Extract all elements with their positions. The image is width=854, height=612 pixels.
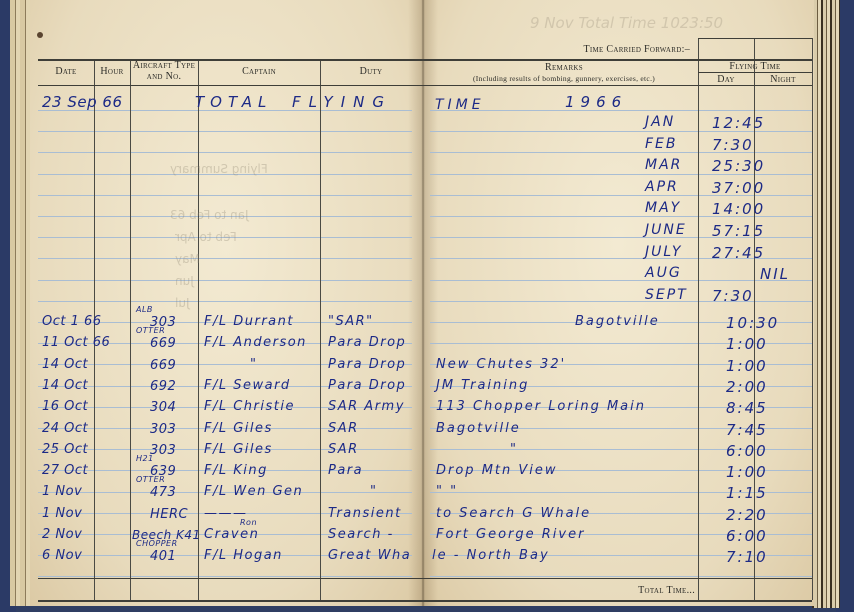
left-bottom-rule [38,578,422,579]
ghost-text: Flying Summary [170,162,268,176]
right-bottom-border [422,600,812,602]
entry-day-time: 6:00 [726,527,768,545]
entry-day-time: 7:10 [726,548,768,566]
month-label: MAR [645,157,682,173]
entry-captain: F/L Wen Gen [204,484,303,499]
summary-date: 23 Sep 66 [42,93,122,111]
page-edges-right [812,0,840,608]
month-label: JUNE [645,222,687,238]
entry-remarks: New Chutes 32' [436,357,566,372]
binding-hole [37,32,43,38]
right-bottom-rule [422,578,812,579]
entry-date: 6 Nov [42,548,82,563]
summary-time: TIME [435,97,485,113]
month-label: FEB [645,136,678,152]
entry-aircraft-type: OTTER [136,475,165,484]
entry-date: 27 Oct [42,463,88,478]
entry-captain: F/L Hogan [204,548,283,563]
entry-remarks: Bagotville [436,421,521,436]
entry-aircraft-number: 473 [150,485,176,500]
flying-time-header: Flying Time [698,61,812,72]
month-time: 7:30 [712,136,754,154]
month-label: JULY [645,244,682,260]
entry-duty: Para Drop [328,378,406,393]
total-time-label: Total Time... [560,585,695,596]
col-header-aircraft: Aircraft Type and No. [130,60,198,82]
header-top-border [38,59,422,61]
entry-duty: "SAR" [328,314,374,329]
month-time: 14:00 [712,200,765,218]
month-time: 12:45 [712,114,765,132]
logbook-spread: Date Hour Aircraft Type and No. Captain … [0,0,854,612]
entry-day-time: 8:45 [726,399,768,417]
entry-date: 1 Nov [42,484,82,499]
entry-captain: F/L Anderson [204,335,307,350]
month-time: 7:30 [712,287,754,305]
summary-flying: FLYING [292,93,392,111]
entry-day-time: 1:00 [726,463,768,481]
day-header: Day [698,74,754,85]
entry-aircraft-number: 692 [150,379,176,394]
night-header: Night [754,74,812,85]
entry-remarks: to Search G Whale [436,506,591,521]
month-label: MAY [645,200,681,216]
column-divider [198,59,199,600]
entry-aircraft-number: 304 [150,400,176,415]
entry-captain: F/L Durrant [204,314,294,329]
month-label: SEPT [645,287,688,303]
entry-date: 2 Nov [42,527,82,542]
entry-duty: Para Drop [328,335,406,350]
entry-aircraft-type: OTTER [136,326,165,335]
col-header-date: Date [38,66,94,77]
entry-aircraft-number: 669 [150,336,176,351]
month-label: APR [645,179,679,195]
entry-captain: Craven [204,527,259,542]
entry-remarks: le - North Bay [432,548,550,563]
entry-aircraft-type: CHOPPER [136,539,178,548]
entry-aircraft-number: 303 [150,443,176,458]
entry-duty: Para [328,463,363,478]
entry-captain: F/L Christie [204,399,295,414]
entry-captain: " [250,357,257,372]
entry-duty: Transient [328,506,402,521]
entry-duty: SAR [328,442,359,457]
month-time: 27:45 [712,244,765,262]
entry-remarks: 113 Chopper Loring Main [436,399,646,414]
remarks-header: Remarks [430,62,698,73]
month-time: 37:00 [712,179,765,197]
entry-day-time: 1:00 [726,357,768,375]
entry-aircraft-number: 401 [150,549,176,564]
carried-forward-box-top [698,38,812,39]
ghost-text: Jun [175,274,194,288]
entry-day-time: 6:00 [726,442,768,460]
entry-captain-note: Ron [240,518,257,527]
month-time: 57:15 [712,222,765,240]
entry-date: 25 Oct [42,442,88,457]
column-divider [320,59,321,600]
entry-duty: Great Wha [328,548,411,563]
entry-captain: F/L Seward [204,378,291,393]
entry-date: 24 Oct [42,421,88,436]
entry-date: 11 Oct 66 [42,335,110,350]
entry-remarks: " " [436,484,458,499]
entry-date: 16 Oct [42,399,88,414]
summary-year: 1966 [565,93,627,111]
entry-captain: F/L Giles [204,421,273,436]
entry-aircraft-number: HERC [150,507,188,522]
entry-captain: F/L King [204,463,268,478]
entry-date: Oct 1 66 [42,314,102,329]
entry-aircraft-type: H21 [136,454,154,463]
ghost-text: Feb to Apr [175,230,237,244]
book-gutter [408,0,438,606]
summary-total: TOTAL [195,93,272,111]
entry-remarks: Fort George River [436,527,585,542]
entry-aircraft-number: 669 [150,358,176,373]
entry-remarks: Drop Mtn View [436,463,558,478]
month-time: 25:30 [712,157,765,175]
column-divider [812,38,813,600]
entry-duty: " [370,484,377,499]
entry-day-time: 10:30 [726,314,779,332]
entry-duty: Para Drop [328,357,406,372]
month-time: NIL [760,265,790,283]
month-label: AUG [645,265,682,281]
entry-duty: SAR Army [328,399,405,414]
entry-duty: Search - [328,527,394,542]
entry-aircraft-type: ALB [136,305,153,314]
column-divider [698,38,699,600]
entry-duty: SAR [328,421,359,436]
entry-captain: F/L Giles [204,442,273,457]
column-divider [130,59,131,600]
entry-day-time: 1:00 [726,335,768,353]
entry-day-time: 7:45 [726,421,768,439]
entry-day-time: 2:20 [726,506,768,524]
col-header-duty: Duty [320,66,422,77]
remarks-subheader: (Including results of bombing, gunnery, … [430,74,698,83]
left-bottom-border [38,600,422,602]
ghost-text: Jul [175,296,189,310]
flying-time-divider [698,72,812,73]
column-divider [94,59,95,600]
entry-remarks: Bagotville [575,314,660,329]
entry-date: 1 Nov [42,506,82,521]
entry-remarks: " [510,442,518,457]
entry-date: 14 Oct [42,357,88,372]
entry-day-time: 2:00 [726,378,768,396]
month-label: JAN [645,114,675,130]
time-carried-forward-label: Time Carried Forward:– [540,44,690,55]
entry-day-time: 1:15 [726,484,768,502]
header-bottom-border [38,85,422,86]
ghost-annotation: 9 Nov Total Time 1023:50 [530,14,723,32]
ghost-text: May [175,252,200,266]
col-header-captain: Captain [198,66,320,77]
entry-aircraft-number: 303 [150,422,176,437]
right-header-bottom-border [422,85,812,86]
entry-remarks: JM Training [436,378,529,393]
entry-date: 14 Oct [42,378,88,393]
ghost-text: Jan to Feb 63 [170,208,249,222]
col-header-hour: Hour [94,66,130,77]
